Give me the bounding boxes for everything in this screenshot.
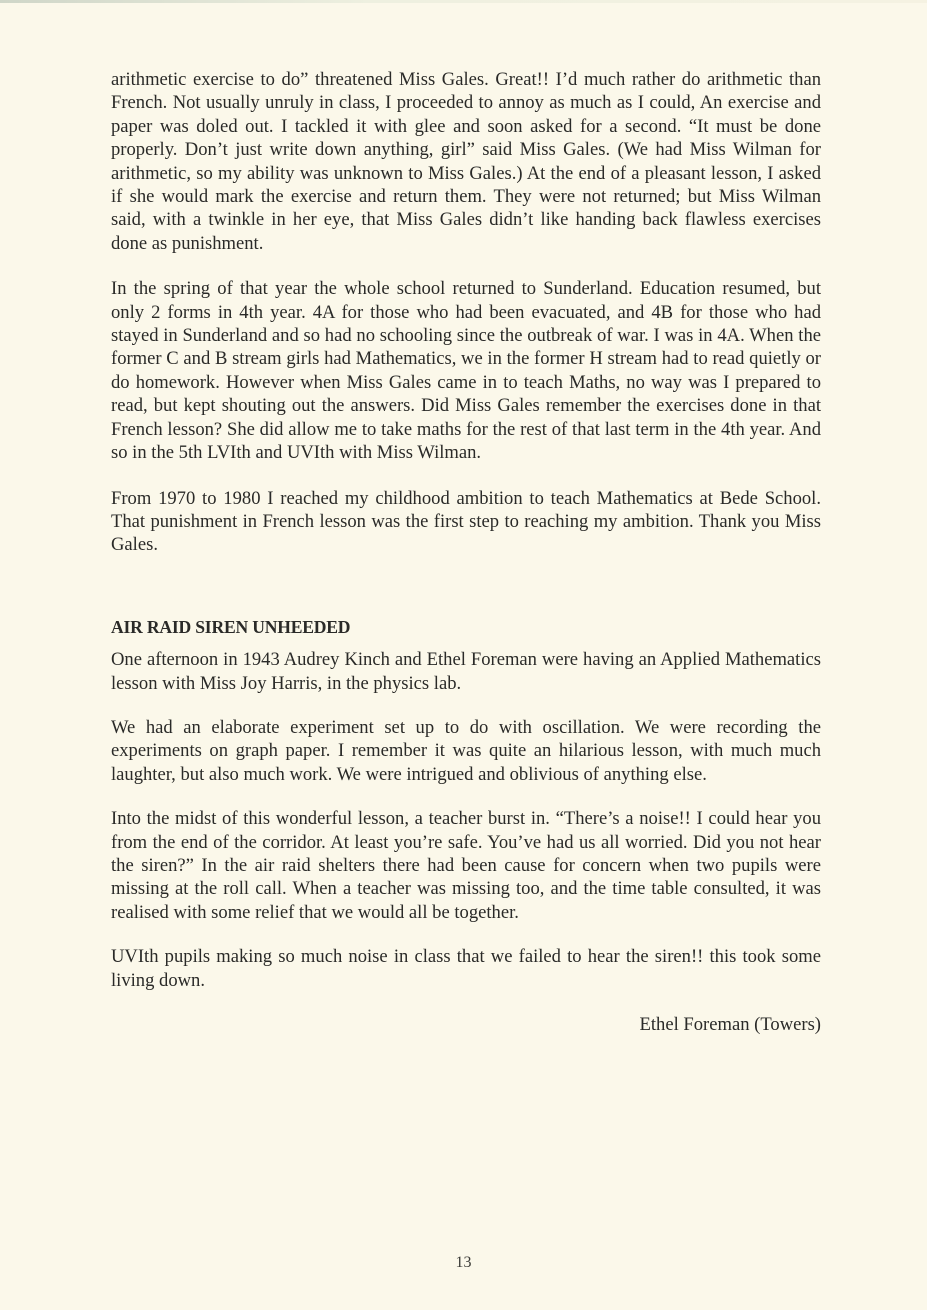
author-signature: Ethel Foreman (Towers) bbox=[111, 1013, 821, 1036]
paragraph-return-to-sunderland: In the spring of that year the whole sch… bbox=[111, 277, 821, 464]
section-heading-air-raid: AIR RAID SIREN UNHEEDED bbox=[111, 616, 821, 639]
paragraph-applied-maths-lesson: One afternoon in 1943 Audrey Kinch and E… bbox=[111, 648, 821, 695]
paragraph-living-down: UVIth pupils making so much noise in cla… bbox=[111, 945, 821, 992]
page-top-edge bbox=[0, 0, 927, 3]
page-number: 13 bbox=[0, 1254, 927, 1272]
paragraph-teaching-ambition: From 1970 to 1980 I reached my childhood… bbox=[111, 487, 821, 557]
paragraph-teacher-burst-in: Into the midst of this wonderful lesson,… bbox=[111, 807, 821, 924]
paragraph-punishment-exercise: arithmetic exercise to do” threatened Mi… bbox=[111, 68, 821, 255]
page-body: arithmetic exercise to do” threatened Mi… bbox=[111, 68, 821, 1036]
paragraph-oscillation-experiment: We had an elaborate experiment set up to… bbox=[111, 716, 821, 786]
